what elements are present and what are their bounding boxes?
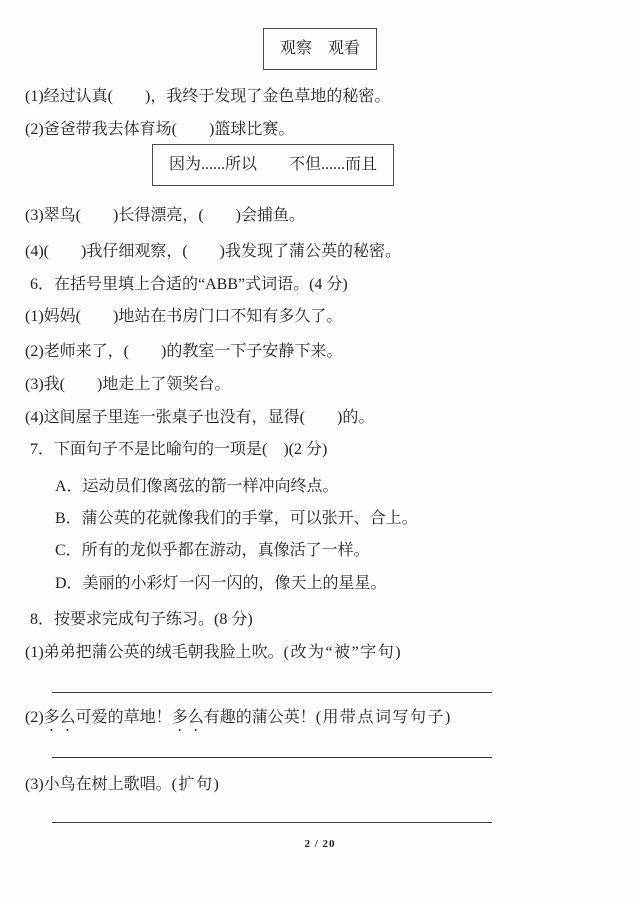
q8-item-3-text: (3)小鸟在树上歌唱。 xyxy=(25,776,172,793)
conjunction-choice-box: 因为......所以 不但......而且 xyxy=(152,144,394,186)
q6-item-1: (1)妈妈( )地站在书房门口不知有多久了。 xyxy=(25,306,342,328)
q6-item-4: (4)这间屋子里连一张桌子也没有，显得( )的。 xyxy=(25,407,374,429)
q8-item-2-emphasis-2: 多么 xyxy=(172,709,204,726)
q8-item-2-prefix: (2) xyxy=(25,709,44,726)
q8-item-2: (2)多么可爱的草地！多么有趣的蒲公英！(用带点词写句子) xyxy=(25,707,452,735)
q5-item-1: (1)经过认真( )，我终于发现了金色草地的秘密。 xyxy=(25,86,390,108)
q6-item-2: (2)老师来了，( )的教室一下子安静下来。 xyxy=(25,341,342,363)
q7-option-a: A．运动员们像离弦的箭一样冲向终点。 xyxy=(55,476,339,498)
word-choice-box: 观察 观看 xyxy=(263,28,377,70)
conjunction-choice-box-text: 因为......所以 不但......而且 xyxy=(169,156,377,173)
q8-item-2-note: (用带点词写句子) xyxy=(316,709,452,726)
question-7-heading: 7．下面句子不是比喻句的一项是( )(2 分) xyxy=(30,439,327,461)
q6-item-3: (3)我( )地走上了领奖台。 xyxy=(25,374,230,396)
answer-line-1 xyxy=(52,692,492,693)
q8-item-1-text: (1)弟弟把蒲公英的绒毛朝我脸上吹。 xyxy=(25,644,284,661)
q8-item-3: (3)小鸟在树上歌唱。(扩句) xyxy=(25,774,220,796)
q8-item-2-mid: 可爱的草地！ xyxy=(76,709,172,726)
answer-line-2 xyxy=(52,757,492,758)
q8-item-3-note: (扩句) xyxy=(172,776,221,793)
q7-option-b: B．蒲公英的花就像我们的手掌，可以张开、合上。 xyxy=(55,508,418,530)
page-number: 2 / 20 xyxy=(0,838,640,850)
answer-line-3 xyxy=(52,822,492,823)
q5-item-4: (4)( )我仔细观察，( )我发现了蒲公英的秘密。 xyxy=(25,241,401,263)
word-choice-box-text: 观察 观看 xyxy=(280,40,360,57)
q5-item-3: (3)翠鸟( )长得漂亮，( )会捕鱼。 xyxy=(25,205,305,227)
q8-item-2-emphasis-1: 多么 xyxy=(44,709,76,726)
q5-item-2: (2)爸爸带我去体育场( )篮球比赛。 xyxy=(25,119,294,141)
q8-item-1-note: (改为“被”字句) xyxy=(284,644,402,661)
q7-option-c: C．所有的龙似乎都在游动，真像活了一样。 xyxy=(55,540,370,562)
question-8-heading: 8．按要求完成句子练习。(8 分) xyxy=(30,609,253,631)
q8-item-1: (1)弟弟把蒲公英的绒毛朝我脸上吹。(改为“被”字句) xyxy=(25,642,402,664)
question-6-heading: 6．在括号里填上合适的“ABB”式词语。(4 分) xyxy=(30,274,348,296)
worksheet-page: 观察 观看 (1)经过认真( )，我终于发现了金色草地的秘密。 (2)爸爸带我去… xyxy=(0,0,640,905)
q7-option-d: D．美丽的小彩灯一闪一闪的，像天上的星星。 xyxy=(55,573,387,595)
q8-item-2-post: 有趣的蒲公英！ xyxy=(204,709,316,726)
